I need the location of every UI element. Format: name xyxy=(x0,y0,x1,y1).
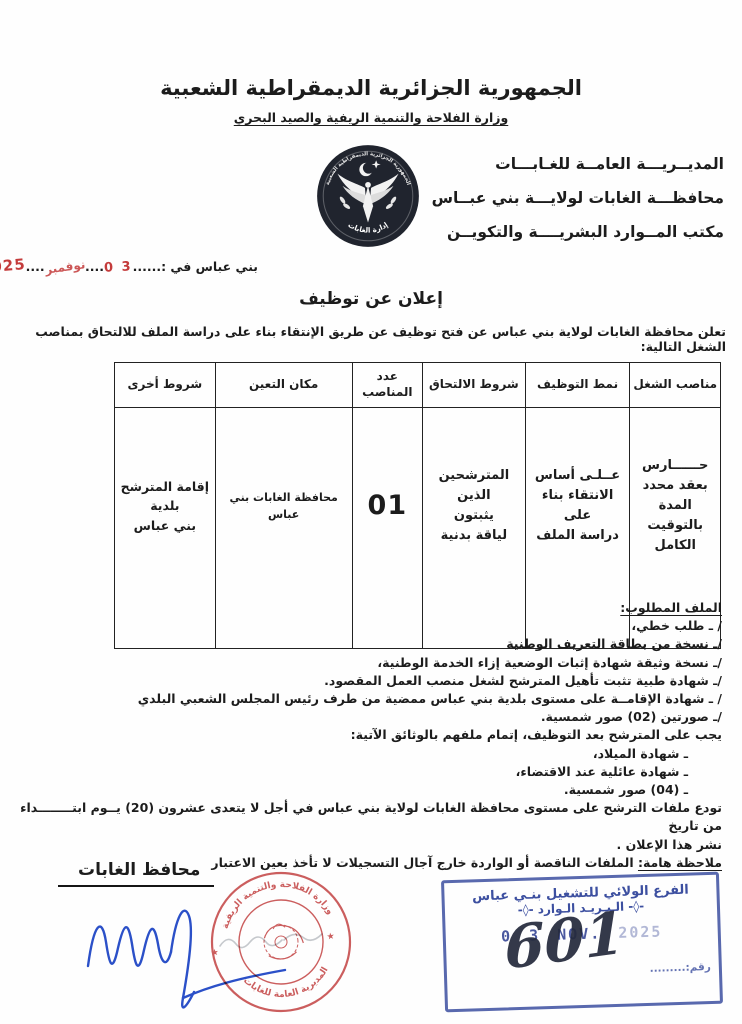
doc-list-item: /ـ صورتين (02) صور شمسية. xyxy=(12,708,722,726)
col-header-positions: مناصب الشغل xyxy=(630,363,721,408)
date-dots: .... xyxy=(85,259,104,274)
star-icon: ★ xyxy=(326,932,335,943)
doc-list-item: / ـ طلب خطي، xyxy=(12,617,722,635)
date-prefix: بني عباس في : xyxy=(161,259,258,274)
forest-admin-seal-icon: الجمهورية الجزائرية الديمقراطية الشعبية … xyxy=(315,139,421,253)
col-header-count: عدد المناصب xyxy=(352,363,422,408)
directorate-line-2: محافظـــة الغابات لولايـــة بني عبــاس xyxy=(432,181,724,215)
directorate-line-3: مكتب المــوارد البشريــــة والتكويــن xyxy=(432,215,724,249)
col-header-mode: نمط التوظيف xyxy=(525,363,630,408)
incoming-mail-stamp: الفرع الولائي للتشغيل بنـي عباس -◊- الـب… xyxy=(441,872,723,1013)
republic-title: الجمهورية الجزائرية الديمقراطية الشعبية xyxy=(0,76,742,100)
deposit-paragraph: تودع ملفات الترشح على مستوى محافظة الغاب… xyxy=(12,799,722,854)
forest-administration-emblem: الجمهورية الجزائرية الديمقراطية الشعبية … xyxy=(315,139,421,253)
stamp-date-year: 2025 xyxy=(618,922,663,941)
date-dots: .... xyxy=(26,259,45,274)
directorate-block: المديــريـــة العامــة للغـابـــات محافظ… xyxy=(432,147,724,249)
doc-list-item: /ـ شهادة طبية تثبت تأهيل المترشح لشغل من… xyxy=(12,672,722,690)
stamp-number-label: رقم:......... xyxy=(649,961,711,975)
handwritten-registry-number: 601 xyxy=(504,903,626,978)
ministry-title: وزارة الفلاحة والتنمية الريفية والصيد ال… xyxy=(0,110,742,125)
col-header-location: مكان التعين xyxy=(215,363,352,408)
stamped-day: 0 3 xyxy=(104,259,133,275)
table-header-row: مناصب الشغل نمط التوظيف شروط الالتحاق عد… xyxy=(115,363,721,408)
announcement-title: إعلان عن توظيف xyxy=(0,289,742,309)
doc-list-item: /ـ نسخة وثيقة شهادة إثبات الوضعية إزاء ا… xyxy=(12,654,722,672)
date-line: بني عباس في :......0 3....نوفمبر....2025… xyxy=(52,257,258,275)
required-documents-section: الملف المطلوب: / ـ طلب خطي، /ـ نسخة من ب… xyxy=(12,599,722,872)
directorate-line-1: المديــريـــة العامــة للغـابـــات xyxy=(432,147,724,181)
doc-list-item: / ـ شهادة الإقامــة على مستوى بلدية بني … xyxy=(12,690,722,708)
stamped-month: نوفمبر xyxy=(44,257,86,276)
intro-paragraph: تعلن محافظة الغابات لولاية بني عباس عن ف… xyxy=(12,324,726,354)
official-round-stamp-icon: وزارة الفلاحة والتنمية الريفية المديرية … xyxy=(196,864,366,1022)
scanned-document-page: الجمهورية الجزائرية الديمقراطية الشعبية … xyxy=(0,0,742,1024)
post-hire-item: ـ شهادة عائلية عند الاقتضاء، xyxy=(12,763,722,781)
col-header-other: شروط أخرى xyxy=(115,363,216,408)
post-hire-item: ـ شهادة الميلاد، xyxy=(12,745,722,763)
col-header-conditions: شروط الالتحاق xyxy=(423,363,526,408)
required-docs-heading: الملف المطلوب: xyxy=(12,599,722,617)
star-icon: ★ xyxy=(210,948,219,959)
post-hire-heading: يجب على المترشح بعد التوظيف، إتمام ملفهم… xyxy=(12,726,722,744)
stamped-year: 2025 xyxy=(0,255,26,277)
date-dots: ...... xyxy=(133,259,162,274)
doc-list-item: /ـ نسخة من بطاقة التعريف الوطنية xyxy=(12,635,722,653)
post-hire-item: ـ (04) صور شمسية. xyxy=(12,781,722,799)
